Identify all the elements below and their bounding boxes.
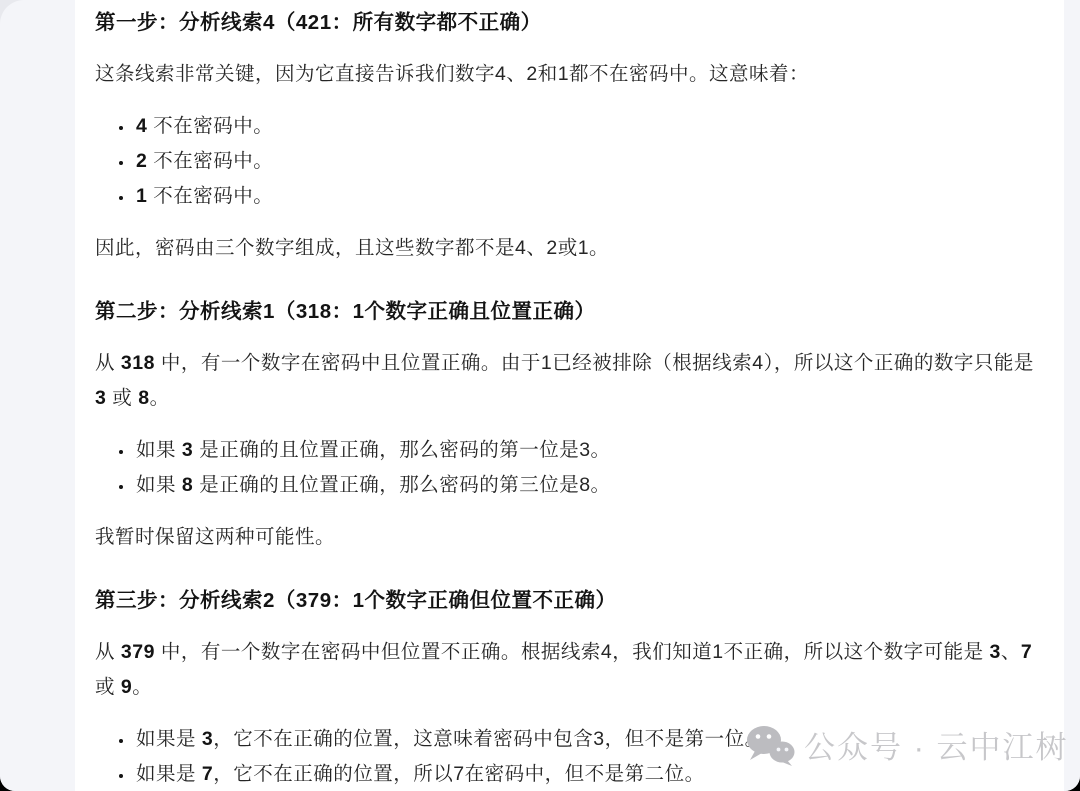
- bold-text-segment: 9: [121, 676, 132, 698]
- bold-text-segment: 3: [990, 641, 1001, 663]
- step-2-conclusion: 我暂时保留这两种可能性。: [95, 520, 1045, 555]
- list-item: 4 不在密码中。: [134, 109, 1045, 144]
- step-1-heading: 第一步：分析线索4（421：所有数字都不正确）: [95, 5, 1045, 40]
- list-item: 1 不在密码中。: [134, 179, 1045, 214]
- bold-text-segment: 第三步：分析线索2（379：1个数字正确但位置不正确）: [95, 589, 617, 612]
- step-1-conclusion: 因此，密码由三个数字组成，且这些数字都不是4、2或1。: [95, 231, 1045, 266]
- bold-text-segment: 379: [121, 641, 155, 663]
- step-1-list: 4 不在密码中。2 不在密码中。1 不在密码中。: [95, 109, 1045, 214]
- step-3-intro: 从 379 中，有一个数字在密码中但位置不正确。根据线索4，我们知道1不正确，所…: [95, 635, 1045, 705]
- article: 第一步：分析线索4（421：所有数字都不正确）这条线索非常关键，因为它直接告诉我…: [75, 0, 1064, 791]
- bold-text-segment: 3: [182, 439, 193, 461]
- text-segment: 如果是: [136, 763, 202, 785]
- text-segment: 从: [95, 641, 121, 663]
- bold-text-segment: 7: [1021, 641, 1032, 663]
- step-3-list: 如果是 3，它不在正确的位置，这意味着密码中包含3，但不是第一位。如果是 7，它…: [95, 722, 1045, 791]
- step-2-heading: 第二步：分析线索1（318：1个数字正确且位置正确）: [95, 294, 1045, 329]
- text-segment: ，它不在正确的位置，所以7在密码中，但不是第二位。: [213, 763, 704, 785]
- bold-text-segment: 8: [182, 474, 193, 496]
- bold-text-segment: 第二步：分析线索1（318：1个数字正确且位置正确）: [95, 300, 596, 323]
- bold-text-segment: 2: [136, 150, 147, 172]
- text-segment: 中，有一个数字在密码中但位置不正确。根据线索4，我们知道1不正确，所以这个数字可…: [155, 641, 990, 663]
- text-segment: 是正确的且位置正确，那么密码的第一位是3。: [193, 439, 610, 461]
- bold-text-segment: 3: [202, 728, 213, 750]
- bold-text-segment: 318: [121, 352, 155, 374]
- list-item: 如果 3 是正确的且位置正确，那么密码的第一位是3。: [134, 433, 1045, 468]
- text-segment: 因此，密码由三个数字组成，且这些数字都不是4、2或1。: [95, 237, 609, 259]
- text-segment: 不在密码中。: [147, 150, 273, 172]
- text-segment: 或: [106, 387, 138, 409]
- text-segment: 如果: [136, 439, 182, 461]
- content-card: 第一步：分析线索4（421：所有数字都不正确）这条线索非常关键，因为它直接告诉我…: [75, 0, 1064, 791]
- step-3-heading: 第三步：分析线索2（379：1个数字正确但位置不正确）: [95, 583, 1045, 618]
- bold-text-segment: 1: [136, 185, 147, 207]
- list-item: 如果是 7，它不在正确的位置，所以7在密码中，但不是第二位。: [134, 757, 1045, 791]
- text-segment: 我暂时保留这两种可能性。: [95, 526, 335, 548]
- text-segment: 这条线索非常关键，因为它直接告诉我们数字4、2和1都不在密码中。这意味着：: [95, 63, 809, 85]
- list-item: 2 不在密码中。: [134, 144, 1045, 179]
- bold-text-segment: 7: [202, 763, 213, 785]
- list-item: 如果 8 是正确的且位置正确，那么密码的第三位是8。: [134, 468, 1045, 503]
- step-2-list: 如果 3 是正确的且位置正确，那么密码的第一位是3。如果 8 是正确的且位置正确…: [95, 433, 1045, 503]
- text-segment: 是正确的且位置正确，那么密码的第三位是8。: [193, 474, 610, 496]
- text-segment: ，它不在正确的位置，这意味着密码中包含3，但不是第一位。: [213, 728, 764, 750]
- bold-text-segment: 8: [138, 387, 149, 409]
- text-segment: 。: [132, 676, 152, 698]
- text-segment: 中，有一个数字在密码中且位置正确。由于1已经被排除（根据线索4），所以这个正确的…: [155, 352, 1034, 374]
- text-segment: 不在密码中。: [147, 185, 273, 207]
- list-item: 如果是 3，它不在正确的位置，这意味着密码中包含3，但不是第一位。: [134, 722, 1045, 757]
- bold-text-segment: 3: [95, 387, 106, 409]
- bold-text-segment: 4: [136, 115, 147, 137]
- text-segment: 如果: [136, 474, 182, 496]
- text-segment: 从: [95, 352, 121, 374]
- text-segment: 。: [150, 387, 170, 409]
- bold-text-segment: 第一步：分析线索4（421：所有数字都不正确）: [95, 11, 542, 34]
- text-segment: 、: [1001, 641, 1021, 663]
- text-segment: 如果是: [136, 728, 202, 750]
- text-segment: 不在密码中。: [147, 115, 273, 137]
- text-segment: 或: [95, 676, 121, 698]
- step-1-intro: 这条线索非常关键，因为它直接告诉我们数字4、2和1都不在密码中。这意味着：: [95, 57, 1045, 92]
- step-2-intro: 从 318 中，有一个数字在密码中且位置正确。由于1已经被排除（根据线索4），所…: [95, 346, 1045, 416]
